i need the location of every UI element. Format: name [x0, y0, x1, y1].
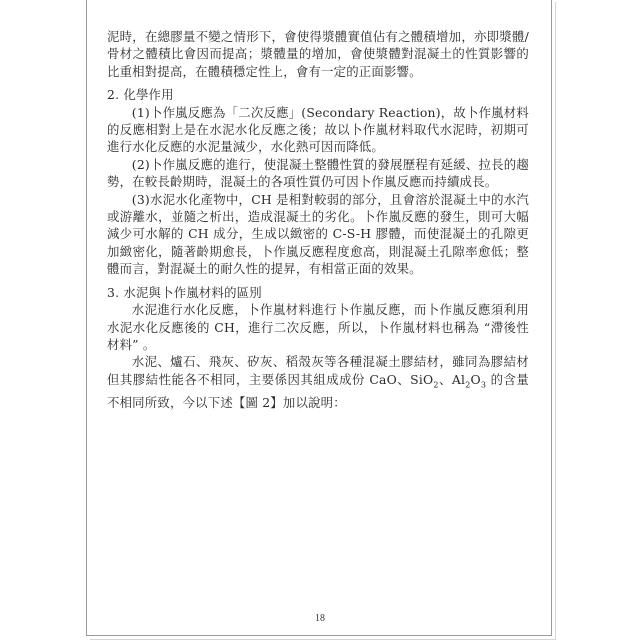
- page-number: 18: [0, 613, 640, 624]
- paragraph-binder-composition: 水泥、爐石、飛灰、矽灰、稻殼灰等各種混凝土膠結材，雖同為膠結材但其膠結性能各不相…: [107, 353, 529, 411]
- page-content: 泥時，在總膠量不變之情形下，會使得漿體實值佔有之體積增加，亦即漿體/骨材之體積比…: [107, 28, 529, 411]
- paragraph-ch-hydration: (3)水泥水化產物中，CH 是相對較弱的部分，且會溶於混凝土中的水汽或游離水，並…: [107, 191, 529, 278]
- binder-text-3: O: [471, 372, 481, 387]
- paragraph-lagging-material: 水泥進行水化反應，卜作嵐材料進行卜作嵐反應，而卜作嵐反應須利用水泥水化反應後的 …: [107, 301, 529, 353]
- paragraph-secondary-reaction: (1)卜作嵐反應為「二次反應」(Secondary Reaction)，故卜作嵐…: [107, 104, 529, 156]
- intro-paragraph: 泥時，在總膠量不變之情形下，會使得漿體實值佔有之體積增加，亦即漿體/骨材之體積比…: [107, 28, 529, 80]
- binder-text-2: 、Al: [439, 372, 466, 387]
- paragraph-reaction-progress: (2)卜作嵐反應的進行，使混凝土整體性質的發展歷程有延緩、拉長的趨勢，在較長齡期…: [107, 156, 529, 191]
- section-heading-difference: 3. 水泥與卜作嵐材料的區別: [107, 284, 529, 301]
- section-heading-chemical-action: 2. 化學作用: [107, 86, 529, 103]
